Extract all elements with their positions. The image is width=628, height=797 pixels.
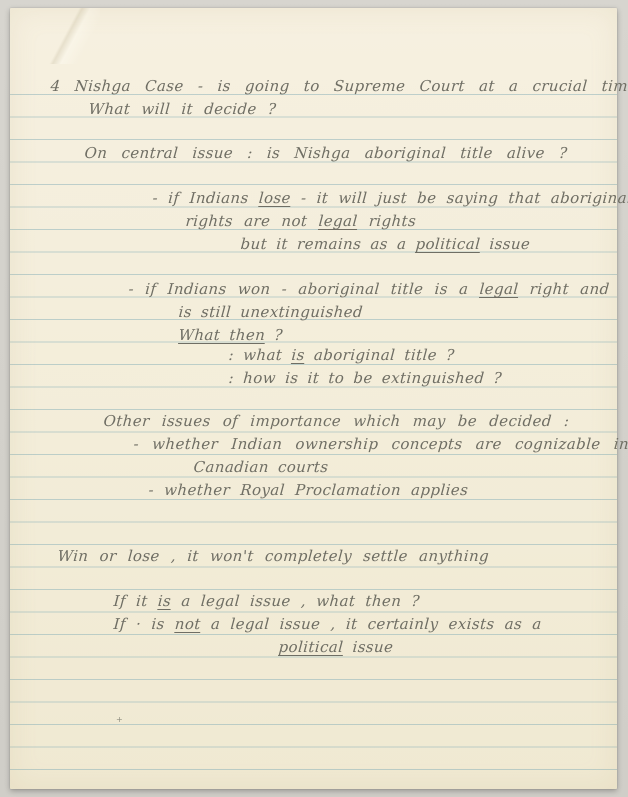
note-text: a legal issue , what then ? (171, 592, 421, 610)
note-text: right and (518, 280, 610, 298)
underlined-word: legal (318, 212, 358, 230)
note-text: - if Indians won - aboriginal title is a (128, 280, 480, 298)
note-line-other-issues: Other issues of importance which may be … (103, 413, 570, 430)
note-line-what-then: What then ? (178, 327, 283, 344)
note-text: What will it decide ? (88, 100, 277, 118)
note-text: rights (357, 212, 417, 230)
note-text: is still unextinguished (178, 303, 364, 321)
note-text: Canadian courts (193, 458, 329, 476)
underlined-word: What then (178, 326, 266, 344)
note-line-political-issue: but it remains as a political issue (240, 236, 531, 253)
note-text: If it (113, 592, 159, 610)
note-line-if-won: - if Indians won - aboriginal title is a… (128, 281, 610, 298)
note-text: issue (480, 235, 531, 253)
paper-speck: + (116, 715, 123, 724)
underlined-word: lose (258, 189, 291, 207)
note-text: - whether Indian ownership concepts are … (133, 435, 628, 453)
note-text: If · is (113, 615, 176, 633)
underlined-word: legal (479, 280, 519, 298)
note-line-rights-not-legal: rights are not legal rights (185, 213, 417, 230)
note-line-political-exists: political issue (278, 639, 394, 656)
note-line-unextinguished: is still unextinguished (178, 304, 364, 321)
note-line-if-legal: If it is a legal issue , what then ? (113, 593, 421, 610)
note-text: 4 Nishga Case - is going to Supreme Cour… (50, 77, 628, 95)
note-text: ? (265, 326, 284, 344)
note-line-what-decide: What will it decide ? (88, 101, 277, 118)
note-line-central-issue: On central issue : is Nishga aboriginal … (84, 145, 568, 162)
note-text: - whether Royal Proclamation applies (148, 481, 469, 499)
note-text: : what (228, 346, 292, 364)
note-line-win-or-lose: Win or lose , it won't completely settle… (57, 548, 490, 565)
note-text: On central issue : is Nishga aboriginal … (84, 144, 568, 162)
note-line-ownership: - whether Indian ownership concepts are … (133, 436, 628, 453)
note-line-royal-proclamation: - whether Royal Proclamation applies (148, 482, 469, 499)
underlined-word: not (174, 615, 201, 633)
note-text: but it remains as a (240, 235, 416, 253)
note-text: - if Indians (152, 189, 259, 207)
note-text: a legal issue , it certainly exists as a (200, 615, 542, 633)
note-line-canadian-courts: Canadian courts (193, 459, 329, 476)
note-text: : how is it to be extinguished ? (228, 369, 503, 387)
note-line-how-extinguished: : how is it to be extinguished ? (228, 370, 503, 387)
page-fold-mark (48, 8, 100, 64)
note-text: Other issues of importance which may be … (103, 412, 570, 430)
note-text: aboriginal title ? (304, 346, 455, 364)
underlined-word: political (415, 235, 481, 253)
scanned-note-background: 4 Nishga Case - is going to Supreme Cour… (0, 0, 628, 797)
underlined-word: is (157, 592, 172, 610)
note-line-what-is-title: : what is aboriginal title ? (228, 347, 455, 364)
note-line-if-not-legal: If · is not a legal issue , it certainly… (113, 616, 542, 633)
note-text: - it will just be saying that aboriginal (290, 189, 628, 207)
note-text: issue (343, 638, 394, 656)
note-text: Win or lose , it won't completely settle… (57, 547, 490, 565)
note-line-case-title: 4 Nishga Case - is going to Supreme Cour… (50, 78, 628, 95)
note-text: rights are not (185, 212, 319, 230)
underlined-word: political (278, 638, 344, 656)
notebook-page: 4 Nishga Case - is going to Supreme Cour… (10, 8, 617, 789)
note-line-if-lose: - if Indians lose - it will just be sayi… (152, 190, 628, 207)
